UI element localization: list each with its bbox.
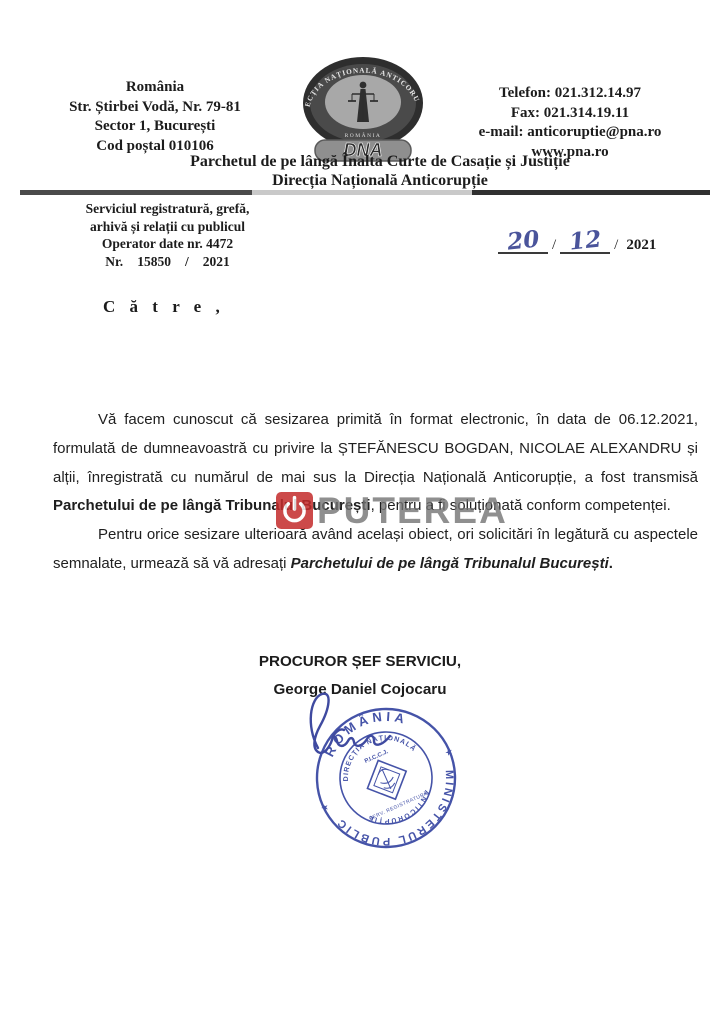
emblem-base-text: ROMÂNIA bbox=[345, 131, 382, 139]
date-separator: / bbox=[614, 237, 618, 253]
p2-end: . bbox=[609, 555, 613, 572]
date-line: 20/12/2021 bbox=[498, 224, 713, 254]
divider-segment bbox=[472, 190, 710, 195]
date-month-slot: 12 bbox=[560, 224, 610, 254]
address-line: Sector 1, București bbox=[35, 117, 275, 137]
sender-address: România Str. Știrbei Vodă, Nr. 79-81 Sec… bbox=[35, 78, 275, 156]
phone-line: Telefon: 021.312.14.97 bbox=[430, 84, 710, 104]
dna-emblem-icon: DIRECȚIA NAȚIONALĂ ANTICORUPȚIE ROMÂNIA … bbox=[288, 56, 438, 162]
header-divider bbox=[20, 190, 710, 195]
p1-text: Vă facem cunoscut că sesizarea primită î… bbox=[53, 411, 698, 486]
stamp-star-separator: ★ bbox=[319, 801, 330, 813]
handwritten-month: 12 bbox=[568, 225, 603, 255]
date-day-slot: 20 bbox=[498, 224, 548, 254]
divider-segment bbox=[252, 190, 472, 195]
contact-info: Telefon: 021.312.14.97 Fax: 021.314.19.1… bbox=[430, 84, 710, 162]
letter-page: România Str. Știrbei Vodă, Nr. 79-81 Sec… bbox=[0, 0, 725, 1024]
address-line: România bbox=[35, 78, 275, 98]
letter-body: Vă facem cunoscut că sesizarea primită î… bbox=[53, 406, 698, 579]
registry-separator: / bbox=[185, 254, 189, 269]
handwritten-day: 20 bbox=[506, 225, 541, 255]
email-line: e-mail: anticoruptie@pna.ro bbox=[430, 123, 710, 143]
date-year: 2021 bbox=[626, 237, 656, 253]
registry-year: 2021 bbox=[203, 254, 230, 269]
registry-number-row: Nr.15850/2021 bbox=[55, 253, 280, 271]
registry-line: Operator date nr. 4472 bbox=[55, 235, 280, 253]
institution-line-2: Direcția Națională Anticorupție bbox=[140, 171, 620, 190]
address-line: Str. Știrbei Vodă, Nr. 79-81 bbox=[35, 98, 275, 118]
registry-line: Serviciul registratură, grefă, bbox=[55, 200, 280, 218]
p1-end: , pentru a fi soluționată conform compet… bbox=[371, 497, 671, 514]
handwritten-signature bbox=[288, 686, 448, 771]
date-separator: / bbox=[552, 237, 556, 253]
salutation: C ă t r e , bbox=[103, 297, 225, 317]
registry-block: Serviciul registratură, grefă, arhivă și… bbox=[55, 200, 280, 270]
signer-title: PROCUROR ȘEF SERVICIU, bbox=[225, 648, 495, 676]
registry-number: 15850 bbox=[137, 254, 171, 269]
body-paragraph-2: Pentru orice sesizare ulterioară având a… bbox=[53, 521, 698, 579]
p1-bold-phrase: Parchetului de pe lângă Tribunalul Bucur… bbox=[53, 497, 371, 514]
institution-line-1: Parchetul de pe lângă Înalta Curte de Ca… bbox=[140, 152, 620, 171]
body-paragraph-1: Vă facem cunoscut că sesizarea primită î… bbox=[53, 406, 698, 521]
registry-line: arhivă și relații cu publicul bbox=[55, 218, 280, 236]
registry-number-label: Nr. bbox=[105, 254, 123, 269]
divider-segment bbox=[20, 190, 252, 195]
p2-emphasis-phrase: Parchetului de pe lângă Tribunalul Bucur… bbox=[291, 555, 609, 572]
institution-title: Parchetul de pe lângă Înalta Curte de Ca… bbox=[140, 152, 620, 190]
fax-line: Fax: 021.314.19.11 bbox=[430, 104, 710, 124]
